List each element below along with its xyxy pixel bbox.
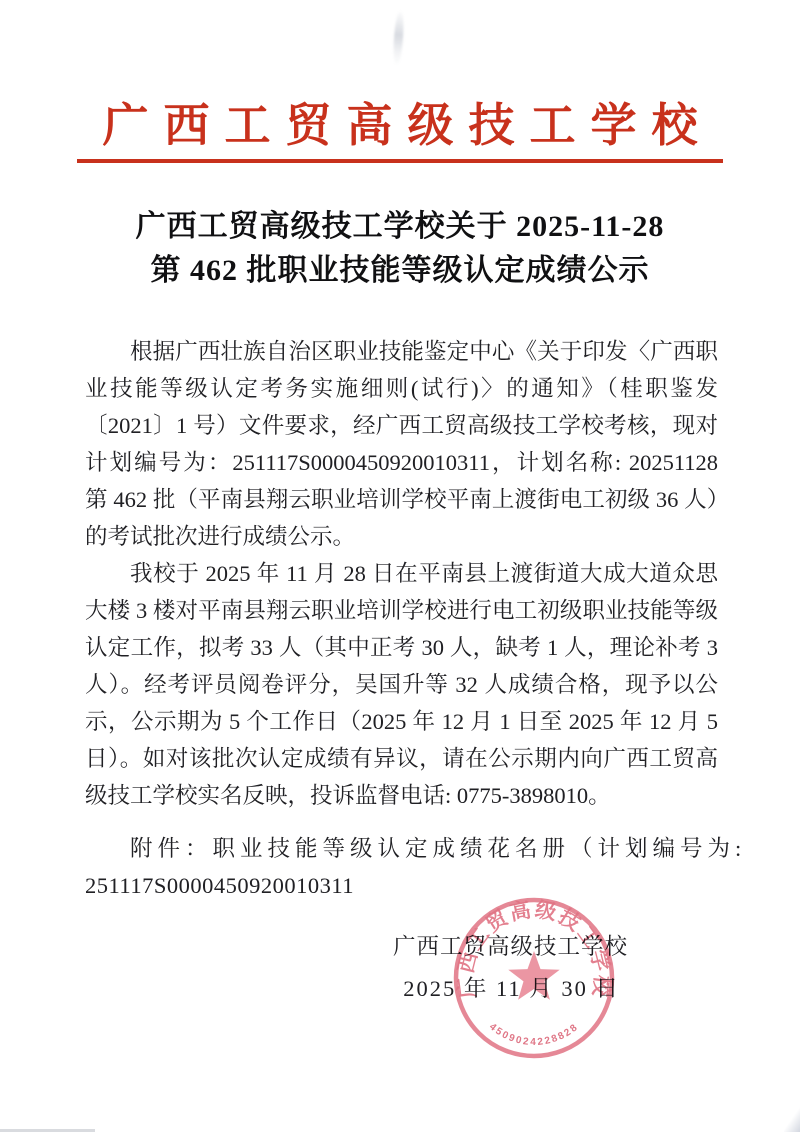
banner-divider-rule (77, 159, 723, 163)
attachment-label-line: 附件：职业技能等级认定成绩花名册（计划编号为: (85, 830, 718, 867)
seal-star-icon (508, 951, 559, 1000)
body-paragraph-2: 我校于 2025 年 11 月 28 日在平南县上渡街道大成大道众思大楼 3 楼… (85, 555, 718, 814)
document-title-line2: 第 462 批职业技能等级认定成绩公示 (0, 249, 800, 293)
document-page: 广西工贸高级技工学校 广西工贸高级技工学校关于 2025-11-28 第 462… (0, 0, 800, 1132)
attachment-plan-number: 251117S0000450920010311 (85, 867, 718, 904)
signature-block: 广西工贸高级技工学校 2025 年 11 月 30 日 (0, 932, 800, 1004)
document-title-line1: 广西工贸高级技工学校关于 2025-11-28 (0, 205, 800, 249)
seal-code-number: 4509024228828 (487, 1021, 581, 1048)
document-title: 广西工贸高级技工学校关于 2025-11-28 第 462 批职业技能等级认定成… (0, 205, 800, 293)
document-body: 根据广西壮族自治区职业技能鉴定中心《关于印发〈广西职业技能等级认定考务实施细则(… (85, 333, 718, 814)
scan-smudge-artifact (392, 10, 405, 66)
signature-date: 2025 年 11 月 30 日 (0, 974, 800, 1004)
official-seal-stamp: 广西工贸高级技工学校 4509024228828 (449, 893, 619, 1063)
scan-corner-artifact (784, 1098, 800, 1132)
attachment-section: 附件：职业技能等级认定成绩花名册（计划编号为: 251117S000045092… (85, 830, 718, 904)
body-paragraph-1: 根据广西壮族自治区职业技能鉴定中心《关于印发〈广西职业技能等级认定考务实施细则(… (85, 333, 718, 555)
school-banner-title: 广西工贸高级技工学校 (0, 101, 800, 151)
signature-issuer: 广西工贸高级技工学校 (0, 932, 800, 962)
